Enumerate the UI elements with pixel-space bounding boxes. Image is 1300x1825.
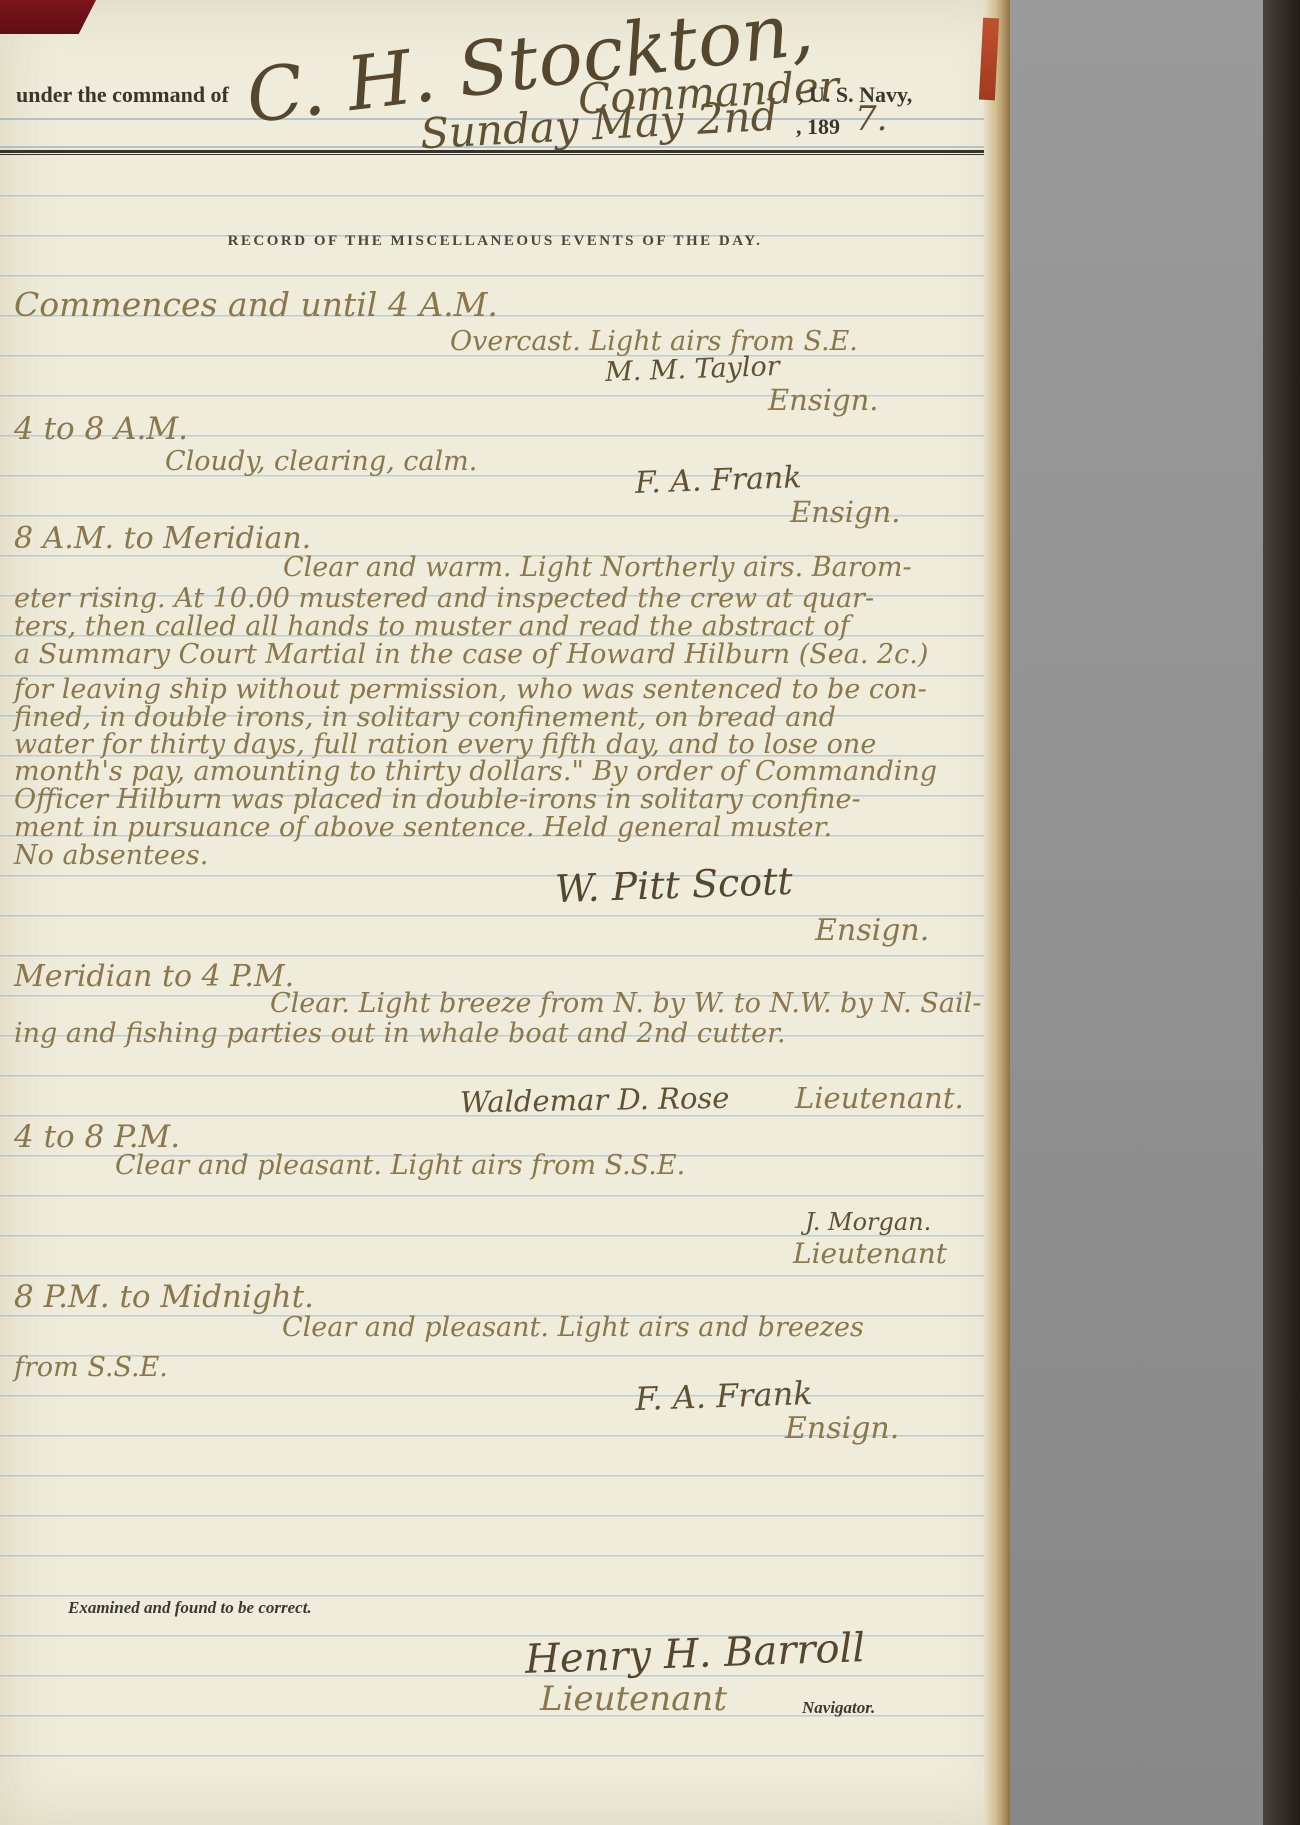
entry-3-line: Officer Hilburn was placed in double-iro… (14, 786, 861, 813)
entry-6-rank: Ensign. (785, 1414, 899, 1444)
entry-1-time-label: Commences and until 4 A.M. (14, 288, 498, 321)
entry-3-line: ters, then called all hands to muster an… (14, 613, 850, 640)
logbook-page: under the command of C. H. Stockton, Com… (0, 0, 1010, 1825)
entry-4-time-label: Meridian to 4 P.M. (14, 962, 294, 992)
entry-6-line: from S.S.E. (14, 1354, 168, 1381)
book-cover-edge (1263, 0, 1300, 1825)
command-prefix-label: under the command of (16, 82, 229, 108)
entry-3-line: a Summary Court Martial in the case of H… (14, 641, 928, 668)
entry-6-time-label: 8 P.M. to Midnight. (14, 1282, 314, 1313)
entry-3-line: water for thirty days, full ration every… (14, 731, 876, 758)
entry-5-signature: J. Morgan. (805, 1210, 931, 1234)
entry-6-line: Clear and pleasant. Light airs and breez… (282, 1314, 864, 1341)
photo-backdrop (1008, 0, 1300, 1825)
navigator-label: Navigator. (802, 1698, 875, 1718)
entry-3-line: ment in pursuance of above sentence. Hel… (14, 814, 832, 841)
entry-3-line: for leaving ship without permission, who… (14, 676, 927, 703)
entry-2-signature: F. A. Frank (635, 463, 802, 499)
year-printed-label: , 189 (796, 114, 840, 140)
logbook-page-scan: under the command of C. H. Stockton, Com… (0, 0, 1300, 1825)
entry-3-line: month's pay, amounting to thirty dollars… (14, 758, 937, 785)
navigator-signature: Henry H. Barroll (524, 1628, 865, 1680)
entry-5-time-label: 4 to 8 P.M. (14, 1122, 180, 1153)
entry-4-signature: Waldemar D. Rose (460, 1084, 730, 1118)
entry-1-signature: M. M. Taylor (605, 353, 781, 386)
entry-4-line: ing and fishing parties out in whale boa… (14, 1020, 786, 1047)
year-digit-script: 7. (855, 102, 887, 136)
entry-3-line: eter rising. At 10.00 mustered and inspe… (14, 585, 874, 612)
entry-3-rank: Ensign. (815, 916, 929, 946)
entry-2-line: Cloudy, clearing, calm. (165, 448, 477, 475)
entry-2-rank: Ensign. (790, 498, 900, 527)
section-title: RECORD OF THE MISCELLANEOUS EVENTS OF TH… (0, 233, 990, 250)
entry-3-line: No absentees. (14, 842, 208, 869)
entry-4-rank: Lieutenant. (795, 1084, 964, 1113)
examined-statement: Examined and found to be correct. (68, 1598, 312, 1618)
entry-6-signature: F. A. Frank (634, 1377, 813, 1415)
entry-3-time-label: 8 A.M. to Meridian. (14, 524, 311, 554)
entry-3-signature: W. Pitt Scott (554, 862, 793, 908)
entry-1-rank: Ensign. (768, 386, 878, 415)
entry-4-line: Clear. Light breeze from N. by W. to N.W… (270, 990, 981, 1017)
entry-3-line: Clear and warm. Light Northerly airs. Ba… (283, 554, 912, 581)
navigator-rank: Lieutenant (540, 1682, 727, 1716)
entry-5-line: Clear and pleasant. Light airs from S.S.… (115, 1152, 685, 1179)
cover-maroon-corner (0, 0, 96, 34)
page-edge-stack (984, 0, 1010, 1825)
entry-5-rank: Lieutenant (793, 1240, 947, 1268)
entry-1-line: Overcast. Light airs from S.E. (450, 328, 858, 355)
entry-3-line: fined, in double irons, in solitary conf… (14, 704, 836, 731)
entry-2-time-label: 4 to 8 A.M. (14, 414, 188, 445)
